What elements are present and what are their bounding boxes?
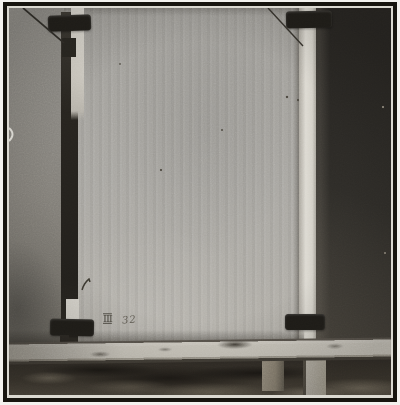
photograph: III 32	[9, 8, 391, 395]
trestle-leg-left	[262, 360, 284, 391]
page: { "figure": { "kind": "black-and-white p…	[0, 0, 400, 405]
plate-marking-stamp: III	[103, 314, 112, 324]
left-target-plate	[9, 8, 64, 346]
right-post-bottom-hinge	[285, 314, 325, 330]
plate-marking: III 32	[103, 314, 137, 325]
right-dark-target-plate	[316, 8, 391, 344]
plate-marking-number: 32	[121, 314, 137, 326]
right-post-top-hinge	[286, 11, 332, 29]
left-post-lower-white-patch	[66, 299, 79, 321]
left-post-upper-bracket	[62, 38, 76, 57]
left-post-top-hinge	[48, 14, 92, 31]
small-pencil-check-mark	[82, 279, 90, 290]
trestle-leg-right	[303, 357, 326, 395]
dark-specks	[119, 63, 299, 171]
